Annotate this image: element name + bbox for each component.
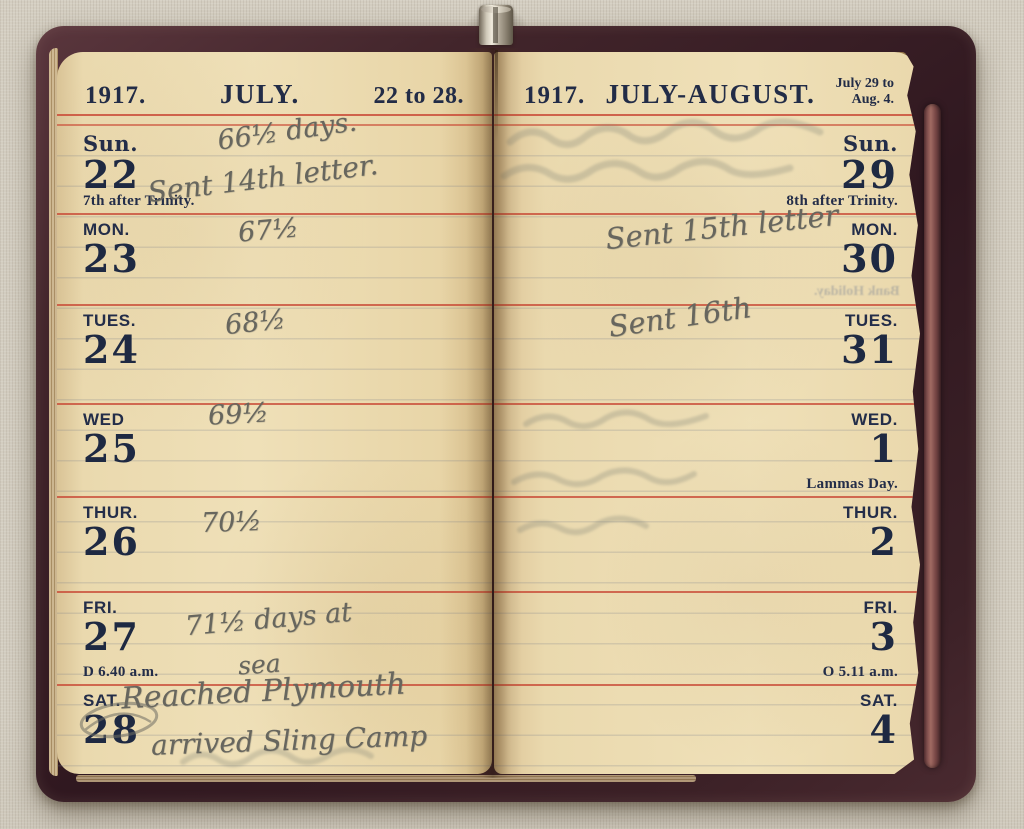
day-block: SAT. 4 [860, 691, 898, 748]
day-block: TUES. 31 [841, 311, 898, 368]
day-number: 22 [83, 157, 140, 193]
day-number: 2 [843, 524, 898, 560]
printed-note-lammas: Lammas Day. [806, 476, 898, 493]
ghost-showthrough-writing [506, 404, 806, 554]
day-number: 26 [83, 524, 140, 560]
date-range-line1: July 29 to [836, 76, 894, 91]
date-range-label: 22 to 28. [374, 83, 465, 110]
day-number: 3 [863, 619, 898, 655]
day-number: 31 [841, 332, 898, 368]
moon-phase-note: O 5.11 a.m. [823, 664, 898, 681]
diary-book: 1917. JULY. 22 to 28. Sun. 22 7th after … [36, 26, 976, 802]
year-label: 1917. [524, 82, 585, 110]
pencil-scribble [71, 692, 167, 752]
day-number: 23 [83, 241, 140, 277]
page-right-header: 1917. JULY-AUGUST. July 29 to Aug. 4. [494, 52, 920, 114]
day-block: WED 25 [83, 410, 140, 467]
day-block: Sun. 29 [841, 131, 898, 193]
day-number: 24 [83, 332, 140, 368]
day-block: MON. 30 [841, 220, 898, 277]
day-row-thur-26: THUR. 26 [57, 498, 492, 593]
handwritten-entry: 70½ [200, 506, 262, 539]
month-label: JULY. [220, 79, 300, 110]
day-number: 27 [83, 619, 140, 655]
photo-background: 1917. JULY. 22 to 28. Sun. 22 7th after … [0, 0, 1024, 829]
day-block: FRI. 27 [83, 598, 140, 655]
gutter-crease [495, 50, 498, 142]
handwritten-entry: 69½ [207, 397, 269, 431]
day-block: Sun. 22 [83, 131, 140, 193]
day-row-wed-25: WED 25 [57, 405, 492, 498]
clasp-stud [479, 5, 513, 45]
ghost-showthrough-writing [500, 112, 830, 204]
handwritten-entry: 67½ [237, 212, 300, 248]
cover-strap [924, 104, 941, 768]
month-label: JULY-AUGUST. [606, 79, 816, 110]
year-label: 1917. [85, 82, 146, 110]
day-number: 4 [860, 712, 898, 748]
day-block: FRI. 3 [863, 598, 898, 655]
day-row-sat-4: SAT. 4 [494, 686, 920, 782]
day-block: TUES. 24 [83, 311, 140, 368]
day-block: THUR. 26 [83, 503, 140, 560]
day-row-fri-3: FRI. 3 O 5.11 a.m. [494, 593, 920, 686]
date-range-label: July 29 to Aug. 4. [836, 76, 894, 110]
day-number: 29 [841, 157, 898, 193]
day-block: WED. 1 [851, 410, 898, 467]
page-left-header: 1917. JULY. 22 to 28. [57, 52, 492, 114]
date-range-line2: Aug. 4. [852, 92, 894, 107]
page-left: 1917. JULY. 22 to 28. Sun. 22 7th after … [57, 52, 492, 774]
day-number: 25 [83, 431, 140, 467]
ghost-showthrough-bank-holiday: Bank Holiday. [814, 284, 900, 300]
day-block: MON. 23 [83, 220, 140, 277]
moon-phase-note: D 6.40 a.m. [83, 664, 158, 681]
day-block: THUR. 2 [843, 503, 898, 560]
day-number: 30 [841, 241, 898, 277]
day-number: 1 [851, 431, 898, 467]
page-right: 1917. JULY-AUGUST. July 29 to Aug. 4. Su… [494, 52, 920, 774]
handwritten-entry: 68½ [224, 304, 287, 341]
